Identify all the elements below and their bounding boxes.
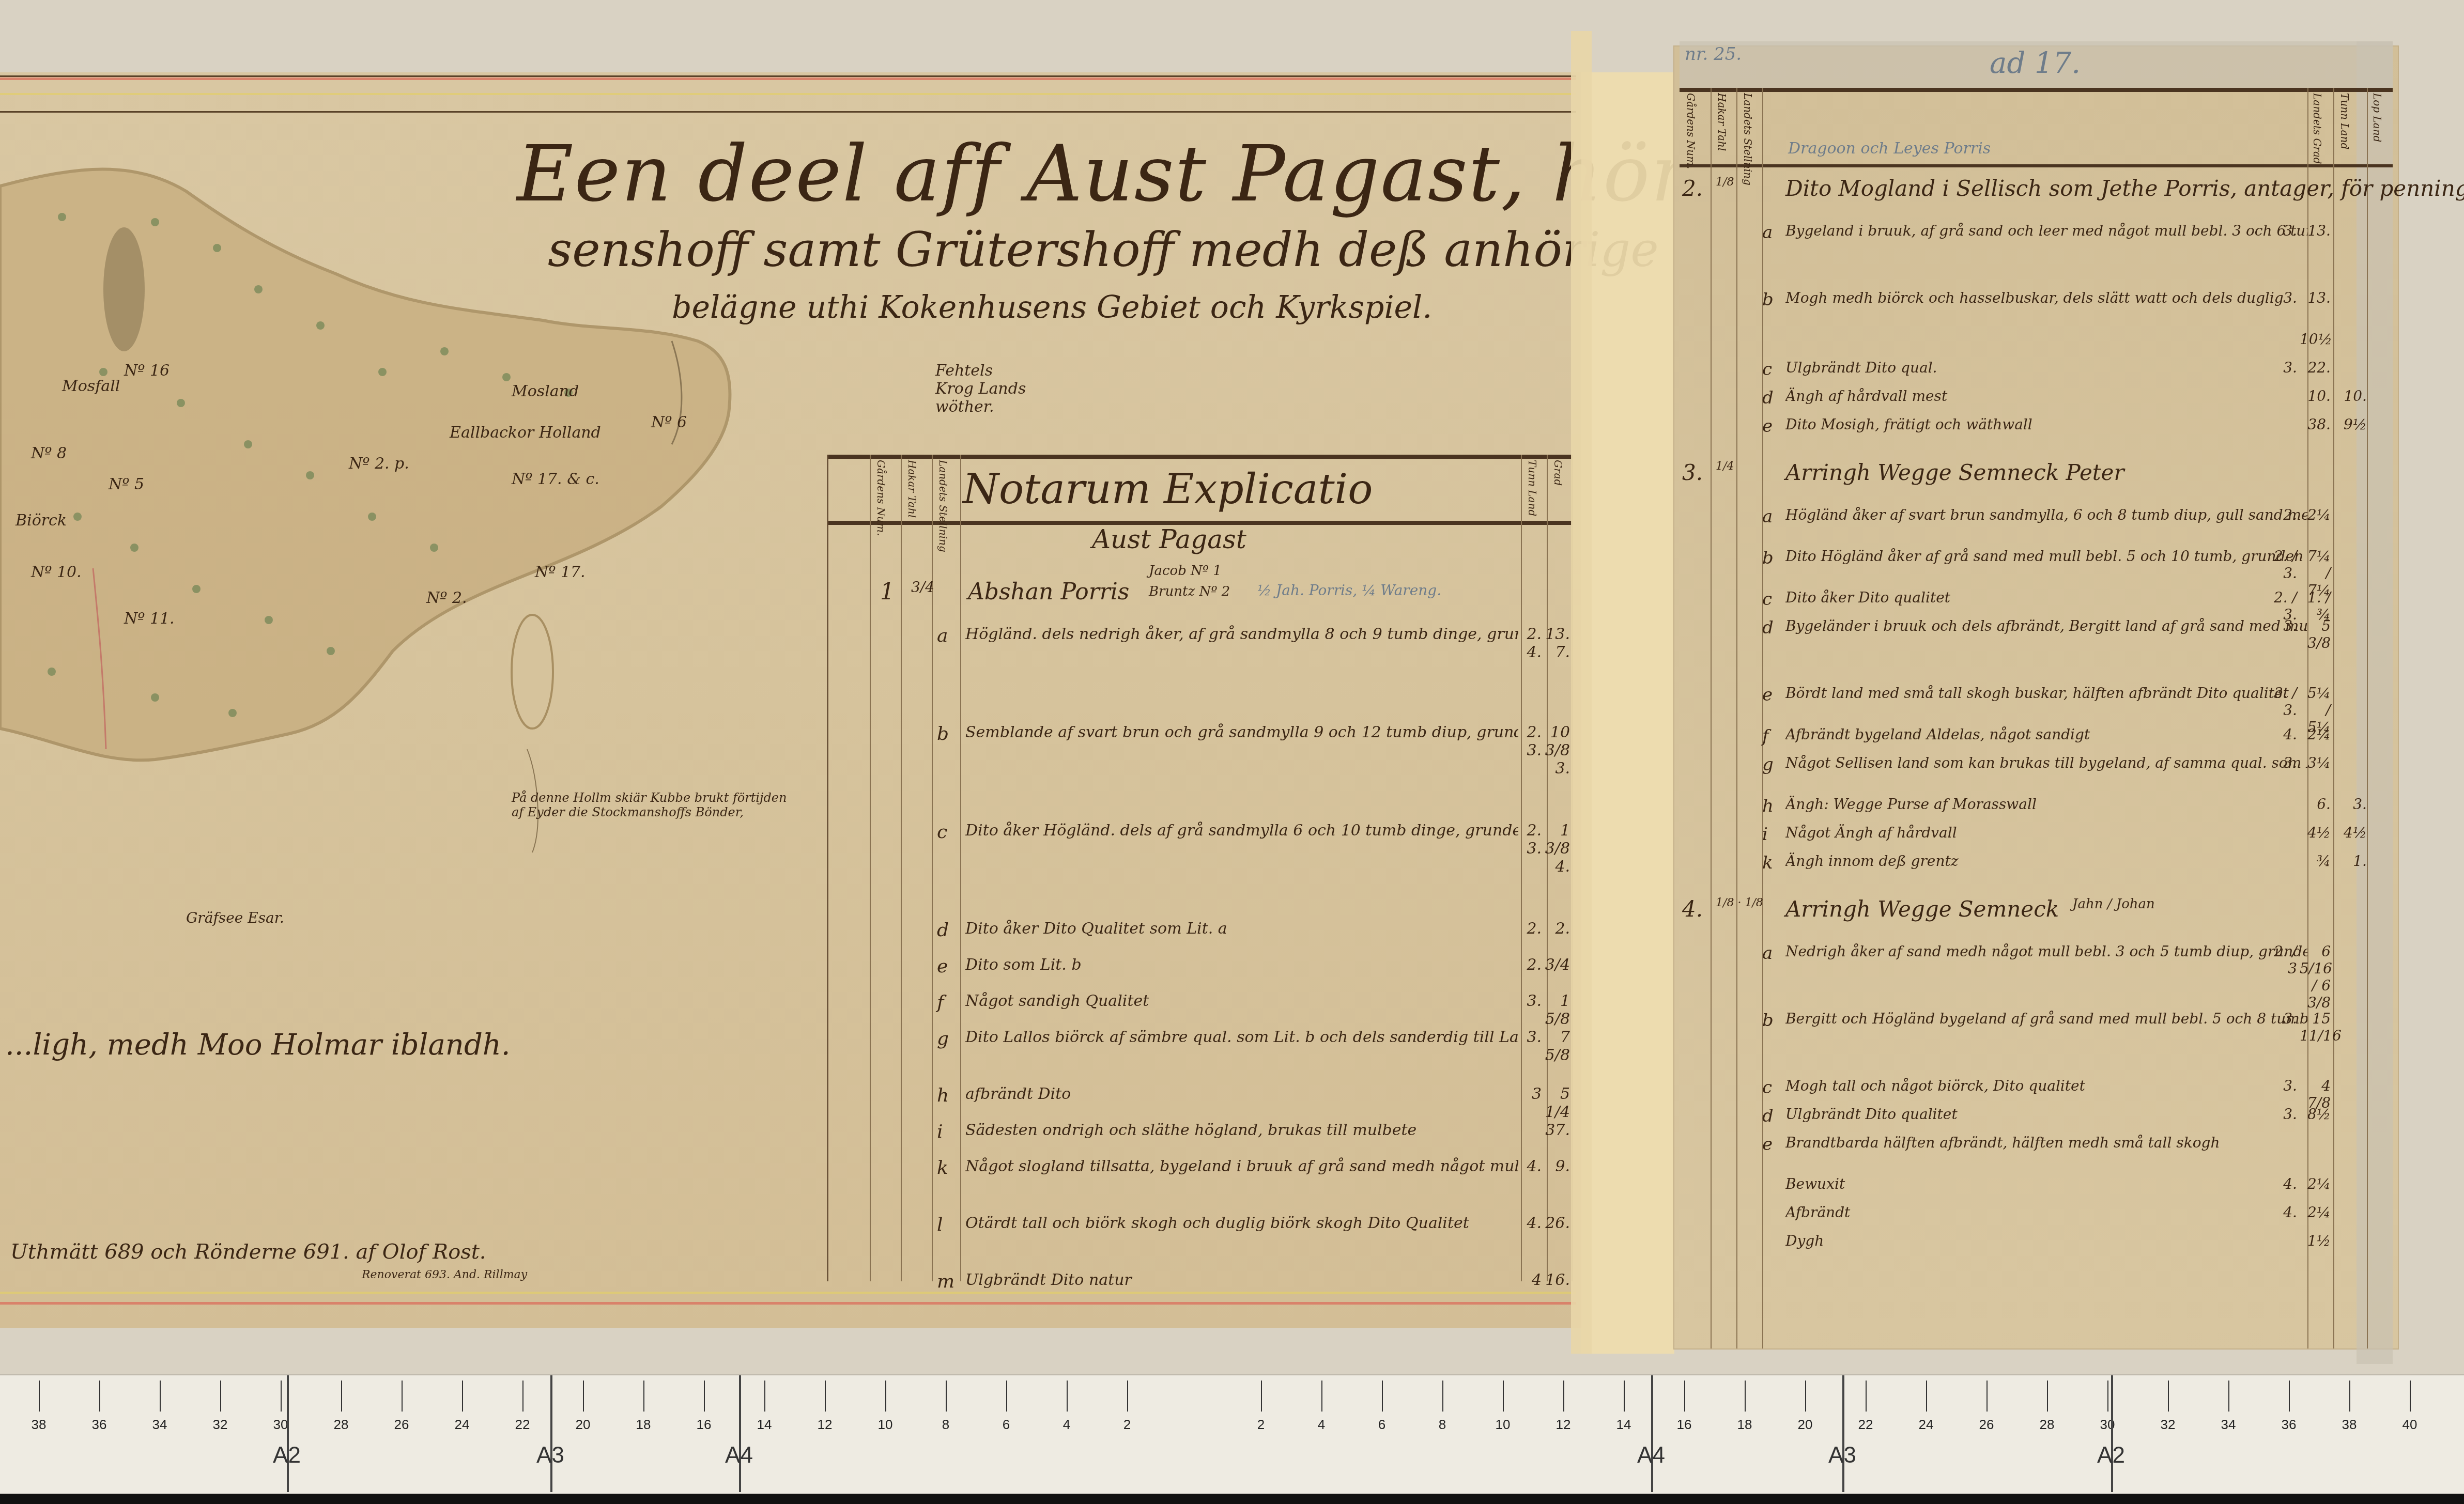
row-area: 15 11/16	[2300, 1010, 2331, 1044]
ruler-number: 12	[818, 1417, 833, 1433]
ruler-tick	[2047, 1381, 2048, 1412]
owner-name: Arringh Wegge Semneck Peter	[1785, 460, 2124, 485]
row-description: Bewuxit	[1785, 1175, 2307, 1192]
ruler-number: 12	[1556, 1417, 1571, 1433]
ruler-number: 14	[757, 1417, 772, 1433]
row-description: Ängh innom deß grentz	[1785, 852, 2307, 870]
row-description: Dito Högländ åker af grå sand med mull b…	[1785, 548, 2307, 565]
row-area: 13. 7.	[1544, 625, 1570, 661]
ruler-tick	[1805, 1381, 1806, 1412]
row-grade: 2. 4.	[1521, 625, 1542, 661]
row-letter: c	[1762, 589, 1772, 610]
ruler-number: 28	[334, 1417, 349, 1433]
ruler-tick	[2228, 1381, 2229, 1412]
row-description: Bergitt och Högländ bygeland af grå sand…	[1785, 1010, 2307, 1027]
col-header-hakar: Hakar Tahl	[1716, 93, 1728, 151]
ruler-tick	[643, 1381, 644, 1412]
ruler-tick	[462, 1381, 463, 1412]
row-description: Dito Mosigh, frätigt och wäthwall	[1785, 416, 2307, 433]
row-grade: 4.	[2266, 1175, 2297, 1192]
row-area: 1½	[2300, 1232, 2331, 1249]
row-letter: b	[1762, 1010, 1774, 1031]
ruler-number: 30	[273, 1417, 288, 1433]
ruler-tick	[1624, 1381, 1625, 1412]
row-description: Bördt land med små tall skogh buskar, hä…	[1785, 685, 2307, 702]
row-description: Högländ åker af svart brun sandmylla, 6 …	[1785, 506, 2307, 523]
row-letter: d	[1762, 617, 1774, 638]
row-description: Ulgbrändt Dito qual.	[1785, 359, 2307, 376]
row-description: Ulgbrändt Dito qualitet	[1785, 1106, 2307, 1123]
paper-size-label: A4	[725, 1443, 753, 1468]
row-grade: 3.	[2266, 1077, 2297, 1094]
column-divider	[960, 455, 961, 1281]
row-area: 8½	[2300, 1106, 2331, 1123]
row-description: Något Sellisen land som kan brukas till …	[1785, 754, 2307, 771]
ruler-tick	[1442, 1381, 1443, 1412]
farm-number: 3.	[1682, 460, 1703, 485]
row-grade: 3.	[2266, 754, 2297, 771]
row-letter: m	[937, 1271, 954, 1292]
paper-size-label: A3	[536, 1443, 564, 1468]
col-header-farm-num: Gårdens Num.	[875, 460, 887, 536]
row-letter: h	[1762, 796, 1774, 816]
ruler-tick	[522, 1381, 523, 1412]
map-parcel-label: Nº 8	[31, 444, 67, 462]
map-parcel-label: Nº 2.	[426, 589, 467, 607]
row-description: Afbrändt bygeland Aldelas, något sandigt	[1785, 726, 2307, 743]
pencil-corner-note: nr. 25.	[1685, 44, 1742, 65]
column-divider	[870, 455, 871, 1281]
ruler-number: 10	[1496, 1417, 1511, 1433]
ruler-number: 28	[2040, 1417, 2055, 1433]
top-red-border	[0, 77, 1576, 80]
col-header-lopland: Lop Land	[2371, 93, 2383, 142]
ruler-number: 38	[2342, 1417, 2357, 1433]
row-area: ¾	[2300, 852, 2331, 870]
column-divider	[2333, 88, 2334, 1348]
ruler-number: 38	[32, 1417, 47, 1433]
row-description: Högländ. dels nedrigh åker, af grå sandm…	[965, 625, 1518, 643]
row-area: 16.	[1544, 1271, 1570, 1289]
owner-name: Dito Mogland i Sellisch som Jethe Porris…	[1785, 176, 2464, 201]
row-area: 4½	[2300, 824, 2331, 841]
row-area: 9.	[1544, 1157, 1570, 1175]
row-letter: a	[1762, 222, 1773, 243]
ruler-tick	[825, 1381, 826, 1412]
row-letter: g	[937, 1028, 949, 1049]
col-header-tunnland: Tunn Land	[2338, 93, 2351, 149]
fehtels-note: Fehtels Krog Lands wöther.	[935, 362, 1028, 416]
row-area: 2.	[1544, 920, 1570, 938]
row-description: Sädesten ondrigh och släthe högland, bru…	[965, 1121, 1518, 1139]
paper-size-marker	[1651, 1375, 1653, 1492]
ruler-number: 36	[92, 1417, 107, 1433]
ruler-number: 26	[394, 1417, 409, 1433]
row-letter: h	[937, 1085, 949, 1106]
ruler-tick	[704, 1381, 705, 1412]
col-header-grad: Grad	[1552, 460, 1564, 486]
ruler-number: 4	[1318, 1417, 1325, 1433]
row-letter: b	[1762, 548, 1774, 568]
row-area: 1 5/8	[1544, 992, 1570, 1028]
row-area: 10½	[2300, 331, 2331, 348]
row-description: Ängh af hårdvall mest	[1785, 387, 2307, 405]
row-grade: 4.	[1521, 1214, 1542, 1232]
farm-number: 2.	[1682, 176, 1703, 201]
row-letter: a	[1762, 943, 1773, 964]
table-header	[1680, 88, 2393, 167]
ruler-number: 34	[152, 1417, 167, 1433]
column-divider	[1736, 88, 1737, 1348]
row-letter: b	[1762, 289, 1774, 310]
owner-name: Abshan Porris	[968, 579, 1129, 605]
map-parcel-label: Mosfall	[62, 377, 120, 395]
row-grade: 4.	[2266, 726, 2297, 743]
ruler-tick	[1382, 1381, 1383, 1412]
paper-size-marker	[2111, 1375, 2113, 1492]
owner-name: Arringh Wegge Semneck	[1785, 896, 2059, 922]
row-area: 1 3/8 4.	[1544, 821, 1570, 876]
ruler-number: 24	[1919, 1417, 1934, 1433]
row-grade: 2.	[2266, 506, 2297, 523]
ruler-number: 2	[1123, 1417, 1131, 1433]
row-grade: 3.	[2266, 1106, 2297, 1123]
bottom-red-border	[0, 1302, 1576, 1305]
ruler-tick	[1321, 1381, 1322, 1412]
paper-size-marker	[1842, 1375, 1844, 1492]
row-description: Otärdt tall och biörk skogh och duglig b…	[965, 1214, 1518, 1232]
ruler-number: 8	[942, 1417, 949, 1433]
row-grade: 3.	[2266, 359, 2297, 376]
ruler-number: 36	[2282, 1417, 2297, 1433]
row-description: Dygh	[1785, 1232, 2307, 1249]
ruler-number: 22	[1858, 1417, 1873, 1433]
hakar-fraction: 1/8	[1716, 176, 1734, 189]
map-parcel-label: Eallbackor Holland	[450, 424, 601, 442]
ruler-number: 34	[2221, 1417, 2236, 1433]
row-area: 10 3/8 3.	[1544, 723, 1570, 778]
row-description: Mogh tall och något biörck, Dito qualite…	[1785, 1077, 2307, 1094]
row-description: Dito åker Högländ. dels af grå sandmylla…	[965, 821, 1518, 840]
row-area: 26.	[1544, 1214, 1570, 1232]
col-header-farm-num: Gårdens Num.	[1685, 93, 1697, 169]
row-area: 7 5/8	[1544, 1028, 1570, 1064]
row-grade: 3.	[2266, 222, 2297, 239]
island-note: På denne Hollm skiär Kubbe brukt förtijd…	[512, 790, 801, 819]
owner-sub: Jahn / Johan	[2072, 896, 2155, 912]
ruler-tick	[99, 1381, 100, 1412]
row-description: Något slogland tillsatta, bygeland i bru…	[965, 1157, 1518, 1175]
row-area: 10.	[2300, 387, 2331, 405]
right-explanation-table: Gårdens Num. Hakar Tahl Landets Stellnin…	[1680, 88, 2393, 1348]
row-description: Nedrigh åker af sand medh något mull beb…	[1785, 943, 2307, 960]
row-description: afbrändt Dito	[965, 1085, 1518, 1103]
row-letter: c	[1762, 1077, 1772, 1098]
ruler-number: 14	[1616, 1417, 1631, 1433]
col-header-grad: Landets Grad	[2311, 93, 2323, 164]
row-area: 6.	[2300, 796, 2331, 813]
row-description: Mogh medh biörck och hasselbuskar, dels …	[1785, 289, 2307, 306]
row-description: Något Ängh af hårdvall	[1785, 824, 2307, 841]
row-grade: 4.	[1521, 1157, 1542, 1175]
map-parcel-label: Biörck	[16, 511, 67, 530]
row-grade: 2. 3.	[1521, 723, 1542, 759]
ruler-tick	[2168, 1381, 2169, 1412]
measurement-ruler: 3836343230282624222018161412108642246810…	[0, 1374, 2464, 1504]
ruler-number: 40	[2403, 1417, 2417, 1433]
ruler-tick	[1006, 1381, 1007, 1412]
column-divider	[901, 455, 902, 1281]
row-letter: k	[1762, 852, 1773, 873]
row-area: 2¼	[2300, 1204, 2331, 1221]
ruler-tick	[2107, 1381, 2108, 1412]
map-parcel-label: Nº 16	[124, 362, 170, 380]
row-grade: 3.	[1521, 1028, 1542, 1046]
ruler-number: 6	[1378, 1417, 1385, 1433]
row-letter: k	[937, 1157, 948, 1179]
row-letter: e	[1762, 416, 1773, 437]
row-letter: a	[937, 625, 948, 646]
ruler-tick	[2289, 1381, 2290, 1412]
row-grade: 2. / 3	[2266, 943, 2297, 977]
explanation-table: Gårdens Num. Hakar Tahl Landets Stellnin…	[827, 455, 1573, 1281]
row-letter: c	[1762, 359, 1772, 380]
top-inner-border	[0, 111, 1576, 113]
ruler-tick	[1986, 1381, 1988, 1412]
row-description: Bygeland i bruuk, af grå sand och leer m…	[1785, 222, 2307, 239]
ruler-number: 24	[455, 1417, 470, 1433]
ruler-tick	[1866, 1381, 1867, 1412]
tape-strip	[1581, 72, 1674, 1354]
column-divider	[1711, 88, 1712, 1348]
map-parcel-label: Nº 17. & c.	[512, 470, 599, 488]
row-grade: 2. 3.	[1521, 821, 1542, 858]
ruler-number: 20	[576, 1417, 591, 1433]
map-drawing: Nº 16Nº 8Nº 5Nº 2. p.Nº 2.Nº 17. & c.Nº …	[0, 155, 879, 852]
row-area: 37.	[1544, 1121, 1570, 1139]
ruler-tick	[946, 1381, 947, 1412]
land-outline-icon	[0, 155, 879, 852]
owner-sub-2: Bruntz Nº 2	[1149, 584, 1230, 599]
row-letter: a	[1762, 506, 1773, 527]
ruler-tick	[2410, 1381, 2411, 1412]
map-parcel-label: Nº 11.	[124, 610, 175, 628]
row-lopland: 3.	[2336, 796, 2367, 813]
row-area: 6 5/16 / 6 3/8	[2300, 943, 2331, 1011]
row-letter: e	[1762, 1134, 1773, 1155]
row-description: Dito åker Dito qualitet	[1785, 589, 2307, 606]
row-area: 2¼	[2300, 506, 2331, 523]
row-area: 2¼	[2300, 726, 2331, 743]
ruler-tick	[1261, 1381, 1262, 1412]
ruler-number: 16	[697, 1417, 712, 1433]
row-area: 5 3/8	[2300, 617, 2331, 652]
paper-size-label: A2	[273, 1443, 301, 1468]
row-letter: e	[937, 956, 948, 977]
grafsee-label: Gräfsee Esar.	[186, 909, 284, 926]
top-dark-border	[0, 75, 1576, 77]
scanner-edge	[0, 1494, 2464, 1504]
row-letter: d	[1762, 387, 1774, 408]
row-letter: f	[937, 992, 944, 1013]
row-letter: i	[937, 1121, 943, 1142]
row-description: Dito Lallos biörck af sämbre qual. som L…	[965, 1028, 1518, 1046]
ruler-tick	[583, 1381, 584, 1412]
col-header-stellning: Landets Stellning	[1742, 93, 1754, 185]
row-grade: 3. / 3.	[2266, 685, 2297, 719]
row-area: 3/4	[1544, 956, 1570, 974]
row-letter: d	[937, 920, 949, 941]
row-letter: e	[1762, 685, 1773, 705]
ruler-tick	[1926, 1381, 1927, 1412]
map-parcel-label: Mosland	[512, 382, 579, 400]
map-parcel-label: Nº 10.	[31, 563, 82, 581]
ruler-tick	[220, 1381, 221, 1412]
row-lopland: 10.	[2336, 387, 2367, 405]
paper-size-marker	[739, 1375, 741, 1492]
row-grade: 3.	[2266, 1010, 2297, 1027]
col-header-hakar: Hakar Tahl	[906, 460, 918, 518]
ruler-number: 22	[515, 1417, 530, 1433]
row-description: Semblande af svart brun och grå sandmyll…	[965, 723, 1518, 741]
row-lopland: 1.	[2336, 852, 2367, 870]
row-grade: 4.	[2266, 1204, 2297, 1221]
ruler-tick	[160, 1381, 161, 1412]
ruler-tick	[885, 1381, 886, 1412]
paper-size-label: A2	[2097, 1443, 2125, 1468]
row-letter: l	[937, 1214, 943, 1235]
farm-number: 1	[880, 579, 895, 605]
row-area: 2¼	[2300, 1175, 2331, 1192]
ruler-number: 2	[1257, 1417, 1265, 1433]
top-yellow-border	[0, 93, 1576, 95]
row-grade: 3.	[2266, 289, 2297, 306]
paper-size-label: A3	[1828, 1443, 1856, 1468]
row-lopland: 9½	[2336, 416, 2367, 433]
row-letter: d	[1762, 1106, 1774, 1126]
row-area: 5 1/4	[1544, 1085, 1570, 1121]
ruler-tick	[341, 1381, 342, 1412]
row-grade: 2. / 3.	[2266, 548, 2297, 582]
row-letter: g	[1762, 754, 1774, 775]
map-parcel-label: Nº 6	[651, 413, 687, 431]
ruler-tick	[1684, 1381, 1685, 1412]
ruler-number: 8	[1439, 1417, 1446, 1433]
ruler-number: 26	[1979, 1417, 1994, 1433]
row-grade: 2.	[1521, 920, 1542, 938]
row-letter: b	[937, 723, 949, 745]
ruler-number: 32	[2161, 1417, 2176, 1433]
ruler-tick	[402, 1381, 403, 1412]
ruler-tick	[1503, 1381, 1504, 1412]
farm-number: 4.	[1682, 896, 1703, 922]
row-grade: 3.	[1521, 992, 1542, 1010]
ruler-tick	[1563, 1381, 1564, 1412]
row-lopland: 4½	[2336, 824, 2367, 841]
row-grade: 4	[1521, 1271, 1542, 1289]
row-letter: c	[937, 821, 947, 843]
row-description: Ulgbrändt Dito natur	[965, 1271, 1518, 1289]
table-title: Notarum Explicatio	[963, 465, 1373, 513]
ruler-tick	[1745, 1381, 1746, 1412]
paper-size-label: A4	[1637, 1443, 1665, 1468]
map-parcel-label: Nº 5	[109, 475, 144, 493]
row-area: 13.	[2300, 222, 2331, 239]
ruler-number: 20	[1798, 1417, 1813, 1433]
pencil-heading: Dragoon och Leyes Porris	[1788, 139, 1991, 158]
row-area: 13.	[2300, 289, 2331, 306]
paper-size-marker	[550, 1375, 552, 1492]
column-divider	[2367, 88, 2368, 1348]
column-divider	[1762, 88, 1763, 1348]
ruler-number: 10	[878, 1417, 893, 1433]
row-area: 38.	[2300, 416, 2331, 433]
ruler-tick	[2349, 1381, 2350, 1412]
row-description: Dito åker Dito Qualitet som Lit. a	[965, 920, 1518, 938]
col-header-stellning: Landets Stellning	[937, 460, 949, 552]
ruler-tick	[281, 1381, 282, 1412]
ruler-number: 18	[636, 1417, 651, 1433]
ruler-number: 16	[1677, 1417, 1692, 1433]
owner-sub-1: Jacob Nº 1	[1149, 563, 1222, 579]
row-area: 22.	[2300, 359, 2331, 376]
hakar-fraction: 1/8 · 1/8	[1716, 896, 1763, 909]
row-description: Ängh: Wegge Purse af Morasswall	[1785, 796, 2307, 813]
row-grade: 3.	[2266, 617, 2297, 634]
ruler-tick	[39, 1381, 40, 1412]
paper-size-marker	[287, 1375, 289, 1492]
row-description: Något sandigh Qualitet	[965, 992, 1518, 1010]
tape-strip	[1571, 31, 1592, 1354]
surveyor-signature: Uthmätt 689 och Rönderne 691. af Olof Ro…	[10, 1240, 486, 1264]
row-grade: 2.	[1521, 956, 1542, 974]
row-letter: f	[1762, 726, 1769, 747]
ruler-number: 32	[213, 1417, 228, 1433]
row-description: Bygeländer i bruuk och dels afbrändt, Be…	[1785, 617, 2307, 634]
moo-holmar-note: ...ligh, medh Moo Holmar iblandh.	[5, 1028, 511, 1062]
row-grade: 3	[1521, 1085, 1542, 1103]
row-description: Brandtbarda hälften afbrändt, hälften me…	[1785, 1134, 2307, 1151]
ruler-number: 18	[1737, 1417, 1752, 1433]
hakar-fraction: 3/4	[911, 579, 934, 596]
row-description: Dito som Lit. b	[965, 956, 1518, 974]
ruler-number: 6	[1003, 1417, 1010, 1433]
map-parcel-label: Nº 17.	[535, 563, 586, 581]
ruler-tick	[1127, 1381, 1128, 1412]
row-letter: i	[1762, 824, 1768, 845]
hakar-fraction: 1/4	[1716, 460, 1734, 473]
pencil-reference: ad 17.	[1990, 46, 2081, 80]
ruler-number: 4	[1063, 1417, 1070, 1433]
map-parcel-label: Nº 2. p.	[349, 455, 409, 473]
table-subtitle: Aust Pagast	[1092, 524, 1246, 554]
bottom-yellow-border	[0, 1292, 1576, 1294]
col-header-tunnland: Tunn Land	[1526, 460, 1538, 516]
row-area: 3¼	[2300, 754, 2331, 771]
pencil-annotation: ½ Jah. Porris, ¼ Wareng.	[1257, 582, 1441, 599]
ruler-tick	[764, 1381, 765, 1412]
renovated-note: Renoverat 693. And. Rillmay	[362, 1268, 527, 1281]
ruler-tick	[1067, 1381, 1068, 1412]
row-description: Afbrändt	[1785, 1204, 2307, 1221]
